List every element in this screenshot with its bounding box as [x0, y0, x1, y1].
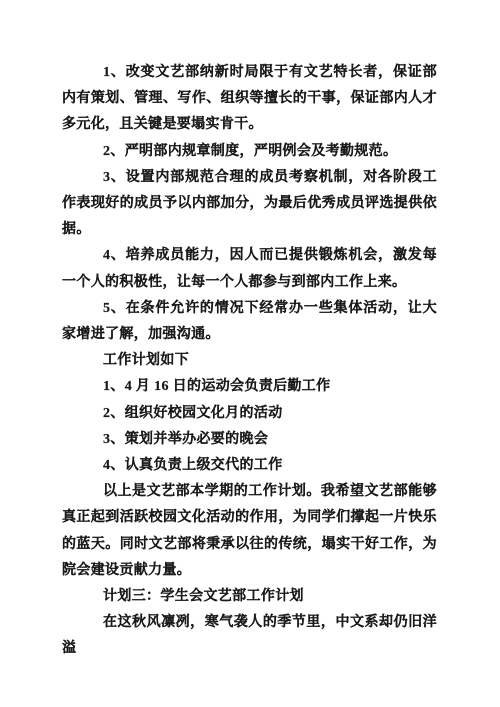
- numbered-point-5: 5、在条件允许的情况下经常办一些集体活动，让大家增进了解，加强沟通。: [62, 296, 437, 348]
- closing-paragraph: 以上是文艺部本学期的工作计划。我希望文艺部能够真正起到活跃校园文化活动的作用，为…: [62, 479, 437, 584]
- document-page: 1、改变文艺部纳新时局限于有文艺特长者，保证部内有策划、管理、写作、组织等擅长的…: [0, 0, 500, 707]
- numbered-point-3: 3、设置内部规范合理的成员考察机制，对各阶段工作表现好的成员予以内部加分，为最后…: [62, 165, 437, 244]
- plan-item-1: 1、4 月 16 日的运动会负责后勤工作: [62, 374, 437, 400]
- intro-paragraph: 在这秋风凛冽，寒气袭人的季节里，中文系却仍旧洋溢: [62, 610, 437, 662]
- numbered-point-4: 4、培养成员能力，因人而已提供锻炼机会，激发每一个人的积极性，让每一个人都参与到…: [62, 243, 437, 295]
- plan-three-heading: 计划三：学生会文艺部工作计划: [62, 584, 437, 610]
- plan-item-3: 3、策划并举办必要的晚会: [62, 427, 437, 453]
- numbered-point-2: 2、严明部内规章制度，严明例会及考勤规范。: [62, 139, 437, 165]
- plan-item-4: 4、认真负责上级交代的工作: [62, 453, 437, 479]
- document-body: 1、改变文艺部纳新时局限于有文艺特长者，保证部内有策划、管理、写作、组织等擅长的…: [62, 60, 437, 663]
- plan-item-2: 2、组织好校园文化月的活动: [62, 401, 437, 427]
- work-plan-heading: 工作计划如下: [62, 348, 437, 374]
- numbered-point-1: 1、改变文艺部纳新时局限于有文艺特长者，保证部内有策划、管理、写作、组织等擅长的…: [62, 60, 437, 139]
